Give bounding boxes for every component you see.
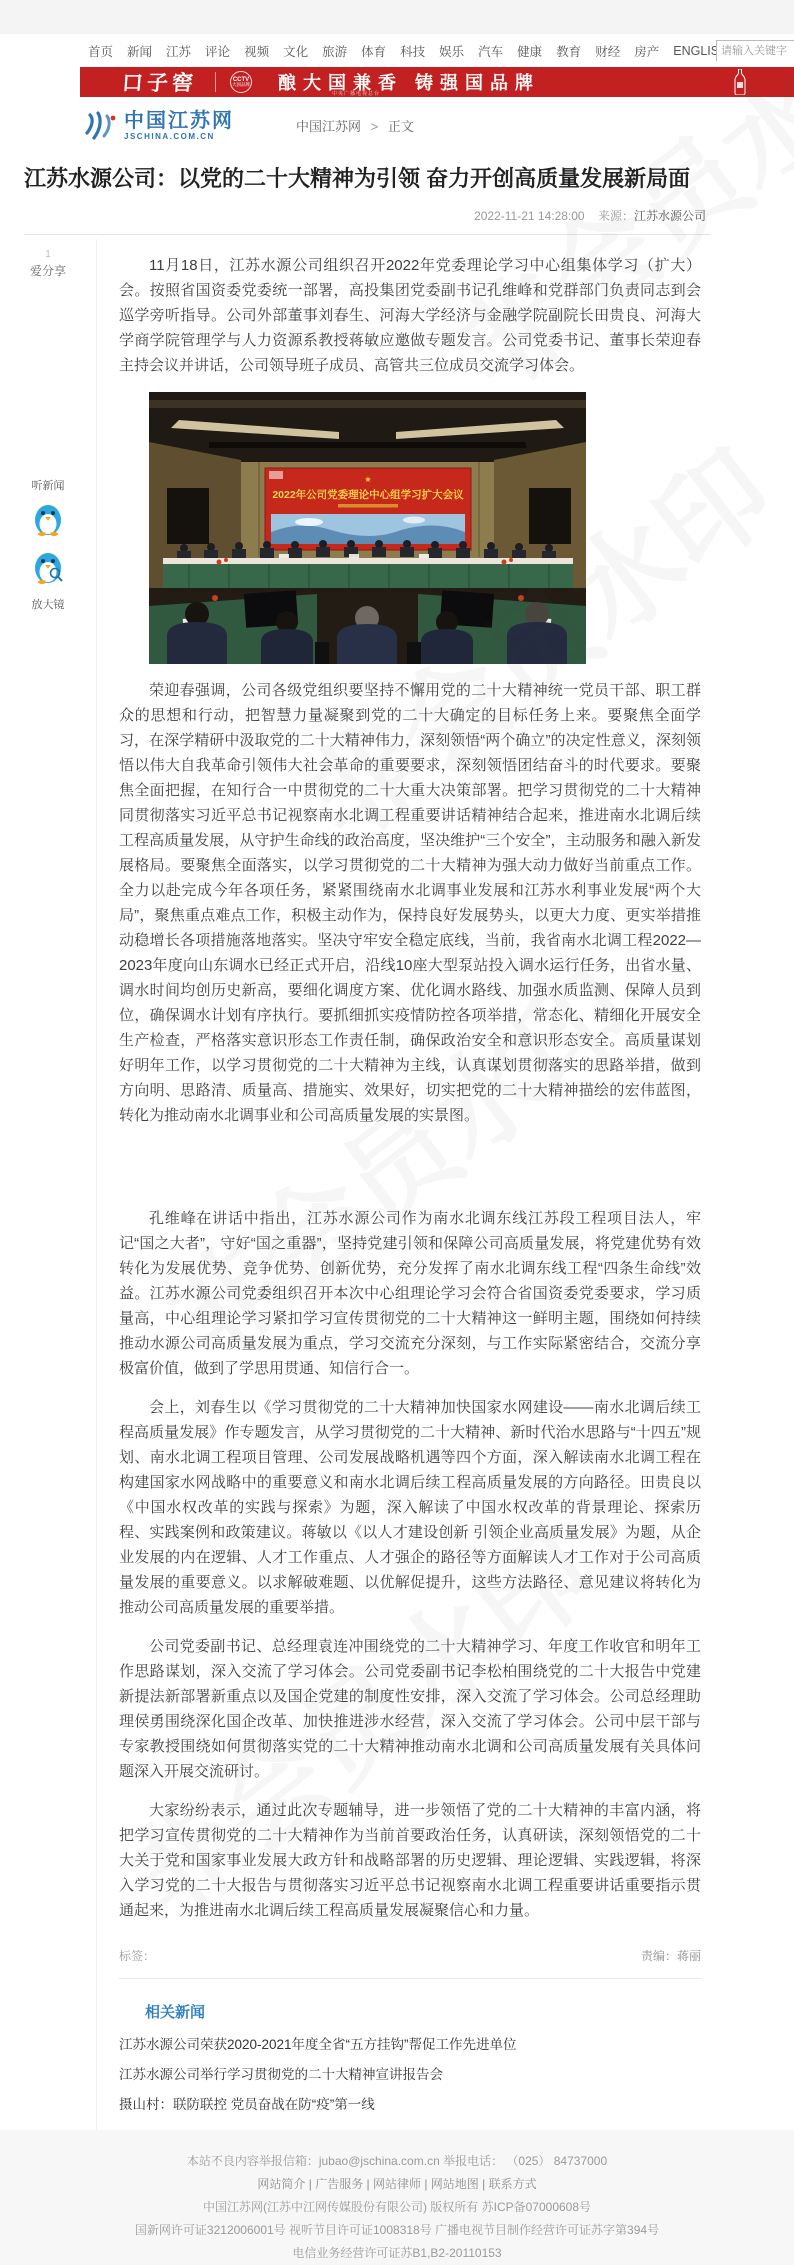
footer-links-line[interactable]: 网站简介 | 广告服务 | 网站律师 | 网站地图 | 联系方式 [0,2173,794,2196]
article-date: 2022-11-21 14:28:00 [474,209,585,223]
share-button[interactable]: 爱分享 [0,262,96,279]
banner-divider [215,72,216,92]
footer-report-line: 本站不良内容举报信箱：jubao@jschina.com.cn 举报电话： （0… [0,2150,794,2173]
site-logo-domain: JSCHINA.COM.CN [124,132,234,141]
nav-item-travel[interactable]: 旅游 [322,42,347,60]
related-news-link[interactable]: 江苏水源公司荣获2020-2021年度全省“五方挂钩”帮促工作先进单位 [119,2030,701,2060]
site-logo[interactable]: 中国江苏网 JSCHINA.COM.CN [84,110,234,141]
search-input[interactable] [717,42,794,61]
article-paragraph: 大家纷纷表示，通过此次专题辅导，进一步领悟了党的二十大精神的丰富内涵，将把学习宣… [119,1798,701,1923]
ad-slogan: 酿大国兼香 铸强国品牌 [278,69,540,95]
nav-item-tech[interactable]: 科技 [400,42,425,60]
nav-item-sports[interactable]: 体育 [361,42,386,60]
cctv-badge-subtext: 大国品牌 [232,83,250,88]
listen-news-mascot-icon[interactable] [32,500,64,541]
article-paragraph: 荣迎春强调，公司各级党组织要坚持不懈用党的二十大精神统一党员干部、职工群众的思想… [119,678,701,1128]
breadcrumb-site-link[interactable]: 中国江苏网 [296,119,361,134]
magnifier-label: 放大镜 [32,596,65,612]
article-source: 江苏水源公司 [634,209,706,223]
article-paragraph: 会上，刘春生以《学习贯彻党的二十大精神加快国家水网建设——南水北调后续工程高质量… [119,1395,701,1620]
site-logo-title: 中国江苏网 [124,110,234,132]
breadcrumb-current: 正文 [388,119,414,134]
article-body-row: 1 爱分享 听新闻 [0,239,794,2130]
nav-item-video[interactable]: 视频 [244,42,269,60]
svg-text:★: ★ [364,475,371,484]
breadcrumb-separator: > [371,119,379,134]
related-news-title: 相关新闻 [145,2001,701,2022]
article-paragraph: 孔维峰在讲话中指出，江苏水源公司作为南水北调东线江苏段工程项目法人，牢记“国之大… [119,1206,701,1381]
title-divider [24,234,710,235]
ad-banner[interactable]: 口子窖 CCTV 大国品牌 酿大国兼香 铸强国品牌 中央广播电视总台 [80,67,794,97]
nav-item-culture[interactable]: 文化 [283,42,308,60]
tags-label: 标签： [119,1947,155,1964]
nav-item-auto[interactable]: 汽车 [478,42,503,60]
related-news-link[interactable]: 江苏水源公司举行学习贯彻党的二十大精神宣讲报告会 [119,2060,701,2090]
page: 非会员水印 非会员水印 非会员水印 非会员水印 首页 新闻 江苏 评论 视频 文… [0,0,794,2265]
nav-item-jiangsu[interactable]: 江苏 [166,42,191,60]
related-news: 相关新闻 江苏水源公司荣获2020-2021年度全省“五方挂钩”帮促工作先进单位… [119,2001,701,2130]
editor-label: 责编： [641,1949,677,1963]
site-logo-icon [84,111,118,141]
page-title: 江苏水源公司：以党的二十大精神为引领 奋力开创高质量发展新局面 [24,162,708,195]
cctv-badge-icon: CCTV 大国品牌 [230,71,252,93]
nav-item-finance[interactable]: 财经 [595,42,620,60]
ad-brand-logo: 口子窖 [121,67,198,97]
footer-copyright-line: 中国江苏网(江苏中江网传媒股份有限公司) 版权所有 苏ICP备07000608号 [0,2196,794,2219]
main-nav: 首页 新闻 江苏 评论 视频 文化 旅游 体育 科技 娱乐 汽车 健康 教育 财… [0,34,794,67]
nav-item-education[interactable]: 教育 [556,42,581,60]
footer-license-line: 国新网许可证3212006001号 视听节目许可证1008318号 广播电视节目… [0,2219,794,2242]
article-paragraph: 11月18日，江苏水源公司组织召开2022年党委理论学习中心组集体学习（扩大）会… [119,253,701,378]
article-meta: 2022-11-21 14:28:00 来源：江苏水源公司 [0,207,706,224]
related-news-link[interactable]: 摄山村：联防联控 党员奋战在防“疫”第一线 [119,2090,701,2120]
site-header: 中国江苏网 JSCHINA.COM.CN 中国江苏网 > 正文 [0,97,794,152]
nav-item-news[interactable]: 新闻 [127,42,152,60]
nav-item-entertainment[interactable]: 娱乐 [439,42,464,60]
site-footer: 本站不良内容举报信箱：jubao@jschina.com.cn 举报电话： （0… [0,2130,794,2265]
footer-telecom-line: 电信业务经营许可证苏B1,B2-20110153 [0,2242,794,2265]
nav-item-house[interactable]: 房产 [634,42,659,60]
article-photo: ★ 2022年公司党委理论中心组学习扩大会议 [149,392,586,664]
magnifier-mascot-icon[interactable] [32,548,64,589]
search-box [716,40,794,61]
breadcrumb: 中国江苏网 > 正文 [296,116,414,135]
article-content: 11月18日，江苏水源公司组织召开2022年党委理论学习中心组集体学习（扩大）会… [97,239,701,2130]
photo-screen-title: 2022年公司党委理论中心组学习扩大会议 [272,488,464,501]
top-strip [0,0,794,34]
source-label: 来源： [598,209,634,223]
share-sidebar: 1 爱分享 听新闻 [0,239,97,2130]
ad-subtext: 中央广播电视总台 [332,90,380,97]
nav-item-home[interactable]: 首页 [88,42,113,60]
tags-row: 标签： 责编：蒋丽 [119,1947,701,1979]
article-paragraph: 公司党委副书记、总经理袁连冲围绕党的二十大精神学习、年度工作收官和明年工作思路谋… [119,1634,701,1784]
share-count: 1 [0,249,96,260]
nav-item-comment[interactable]: 评论 [205,42,230,60]
editor-name: 蒋丽 [677,1949,701,1963]
nav-item-health[interactable]: 健康 [517,42,542,60]
bottle-icon [734,69,746,97]
listen-news-label: 听新闻 [32,477,65,493]
